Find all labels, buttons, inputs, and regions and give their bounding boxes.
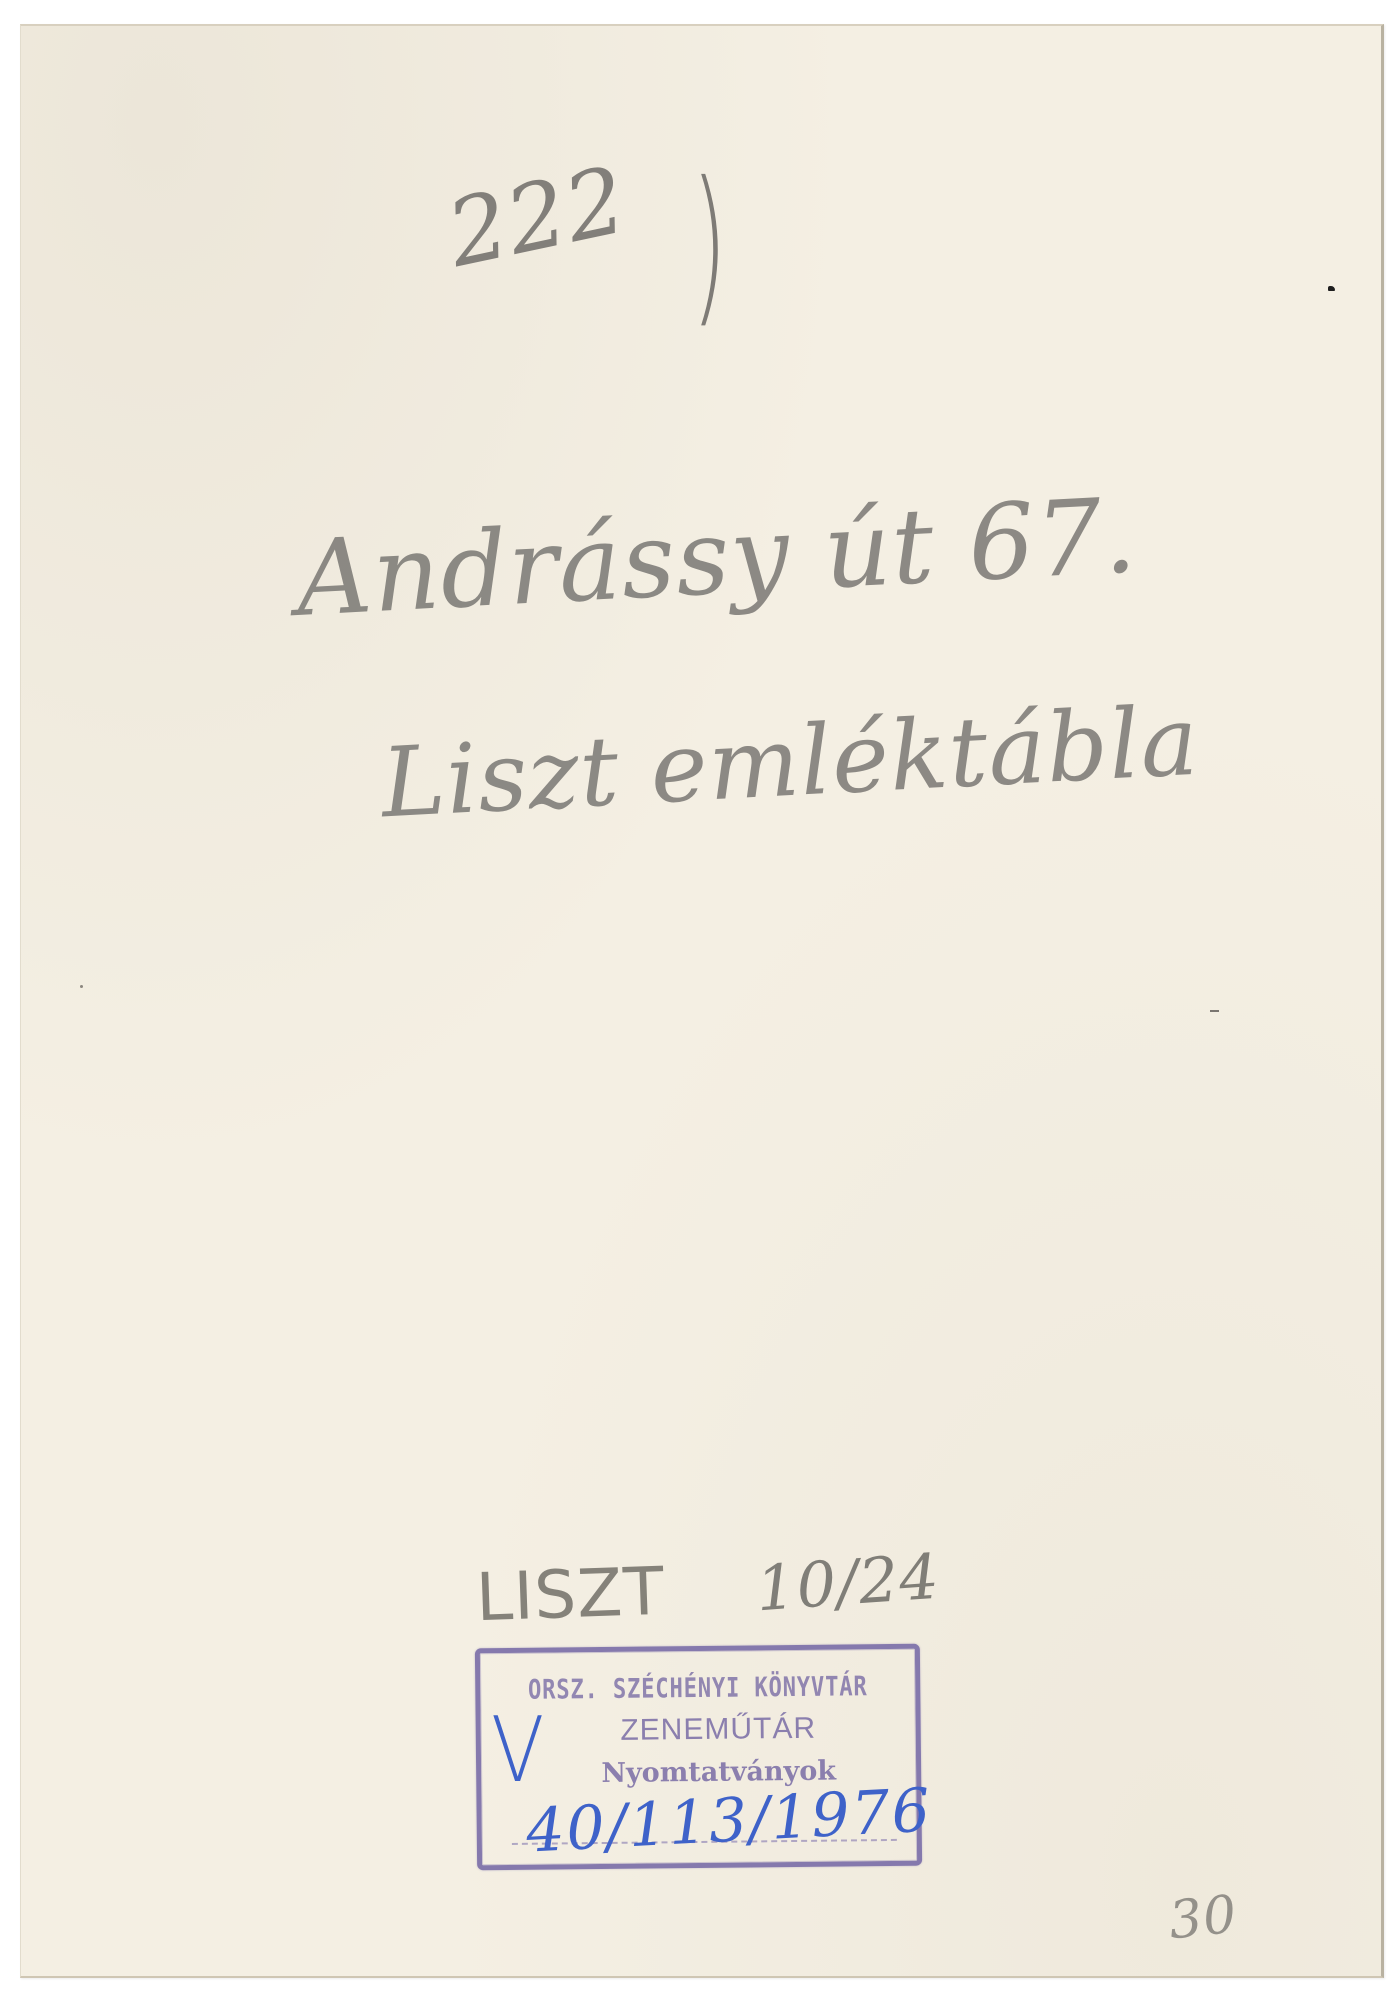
subject-note: Liszt emléktábla (379, 685, 1202, 840)
check-mark: V (491, 1699, 544, 1803)
paper-mark (1210, 1010, 1219, 1012)
item-number: 222 (439, 146, 636, 288)
sheet-number: 30 (1166, 1885, 1240, 1952)
paper-dot (80, 985, 83, 988)
folder-reference: 10/24 (754, 1540, 942, 1626)
composer-tag: LISZT (475, 1553, 666, 1637)
ink-speck (1328, 286, 1335, 291)
address-note: Andrássy út 67. (293, 474, 1139, 640)
stamp-library-name: ORSZ. SZÉCHÉNYI KÖNYVTÁR (519, 1671, 876, 1706)
item-number-bracket: ) (691, 146, 727, 344)
stamp-department: ZENEMŰTÁR (481, 1711, 916, 1750)
photo-back-sheet: 222 ) Andrássy út 67. Liszt emléktábla L… (20, 24, 1384, 1978)
